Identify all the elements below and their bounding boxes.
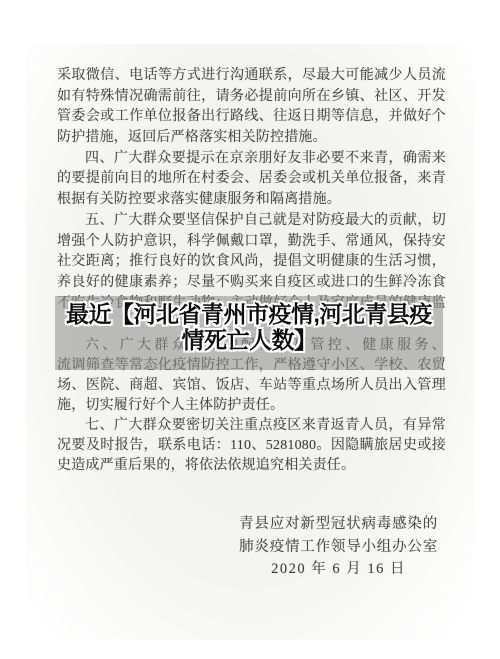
- body-text-line: 史造成严重后果的，将依法依规追究相关责任。: [57, 456, 446, 476]
- body-text-line: 根据有关防控要求落实健康服务和隔离措施。: [57, 190, 446, 211]
- signature-org-line1: 青县应对新型冠状病毒感染的: [239, 513, 438, 536]
- headline-line1: 最近【河北省青州市疫情,河北青县疫: [55, 301, 443, 327]
- body-text-line: 施，切实履行好个人主体防护责任。: [57, 396, 446, 416]
- body-text-line: 如有特殊情况确需前往，请务必提前向所在乡镇、社区、开发区: [57, 87, 446, 108]
- body-text-line: 四、广大群众要提示在京亲朋好友非必要不来青，确需来青: [57, 149, 446, 170]
- body-text-line: 管委会或工作单位报备出行路线、往返日期等信息，并做好个人: [57, 107, 446, 128]
- body-text-line: 的要提前向目的地所在村委会、居委会或机关单位报备，来青后: [57, 169, 446, 190]
- body-text-line: 采取微信、电话等方式进行沟通联系，尽最大可能减少人员流动；: [57, 66, 446, 87]
- body-text-line: 况要及时报告，联系电话：110、5281080。因隐瞒旅居史或接触: [57, 436, 446, 456]
- body-text-line: 场、医院、商超、宾馆、饭店、车站等重点场所人员出入管理措: [57, 376, 446, 396]
- body-text-line: 养良好的健康素养；尽量不购买来自疫区或进口的生鲜冷冻食品，: [57, 273, 446, 294]
- body-text-line: 七、广大群众要密切关注重点疫区来青返青人员，有异常情: [57, 416, 446, 436]
- notice-body-upper: 采取微信、电话等方式进行沟通联系，尽最大可能减少人员流动；如有特殊情况确需前往，…: [57, 66, 446, 314]
- headline-overlay-band: 最近【河北省青州市疫情,河北青县疫 情死亡人数】: [55, 296, 443, 370]
- headline-line2: 情死亡人数】: [55, 327, 443, 353]
- body-text-line: 防护措施，返回后严格落实相关防控措施。: [57, 128, 446, 149]
- body-text-line: 社交距离；推行良好的饮食风尚，提倡文明健康的生活习惯，培: [57, 252, 446, 273]
- scanned-notice-image: 采取微信、电话等方式进行沟通联系，尽最大可能减少人员流动；如有特殊情况确需前往，…: [0, 0, 500, 659]
- signature-block: 青县应对新型冠状病毒感染的 肺炎疫情工作领导小组办公室 2020 年 6 月 1…: [239, 513, 438, 581]
- body-text-line: 五、广大群众要坚信保护自己就是对防疫最大的贡献，切实: [57, 211, 446, 232]
- body-text-line: 增强个人防护意识，科学佩戴口罩，勤洗手、常通风，保持安全: [57, 232, 446, 253]
- signature-date: 2020 年 6 月 16 日: [239, 558, 438, 581]
- signature-org-line2: 肺炎疫情工作领导小组办公室: [239, 536, 438, 559]
